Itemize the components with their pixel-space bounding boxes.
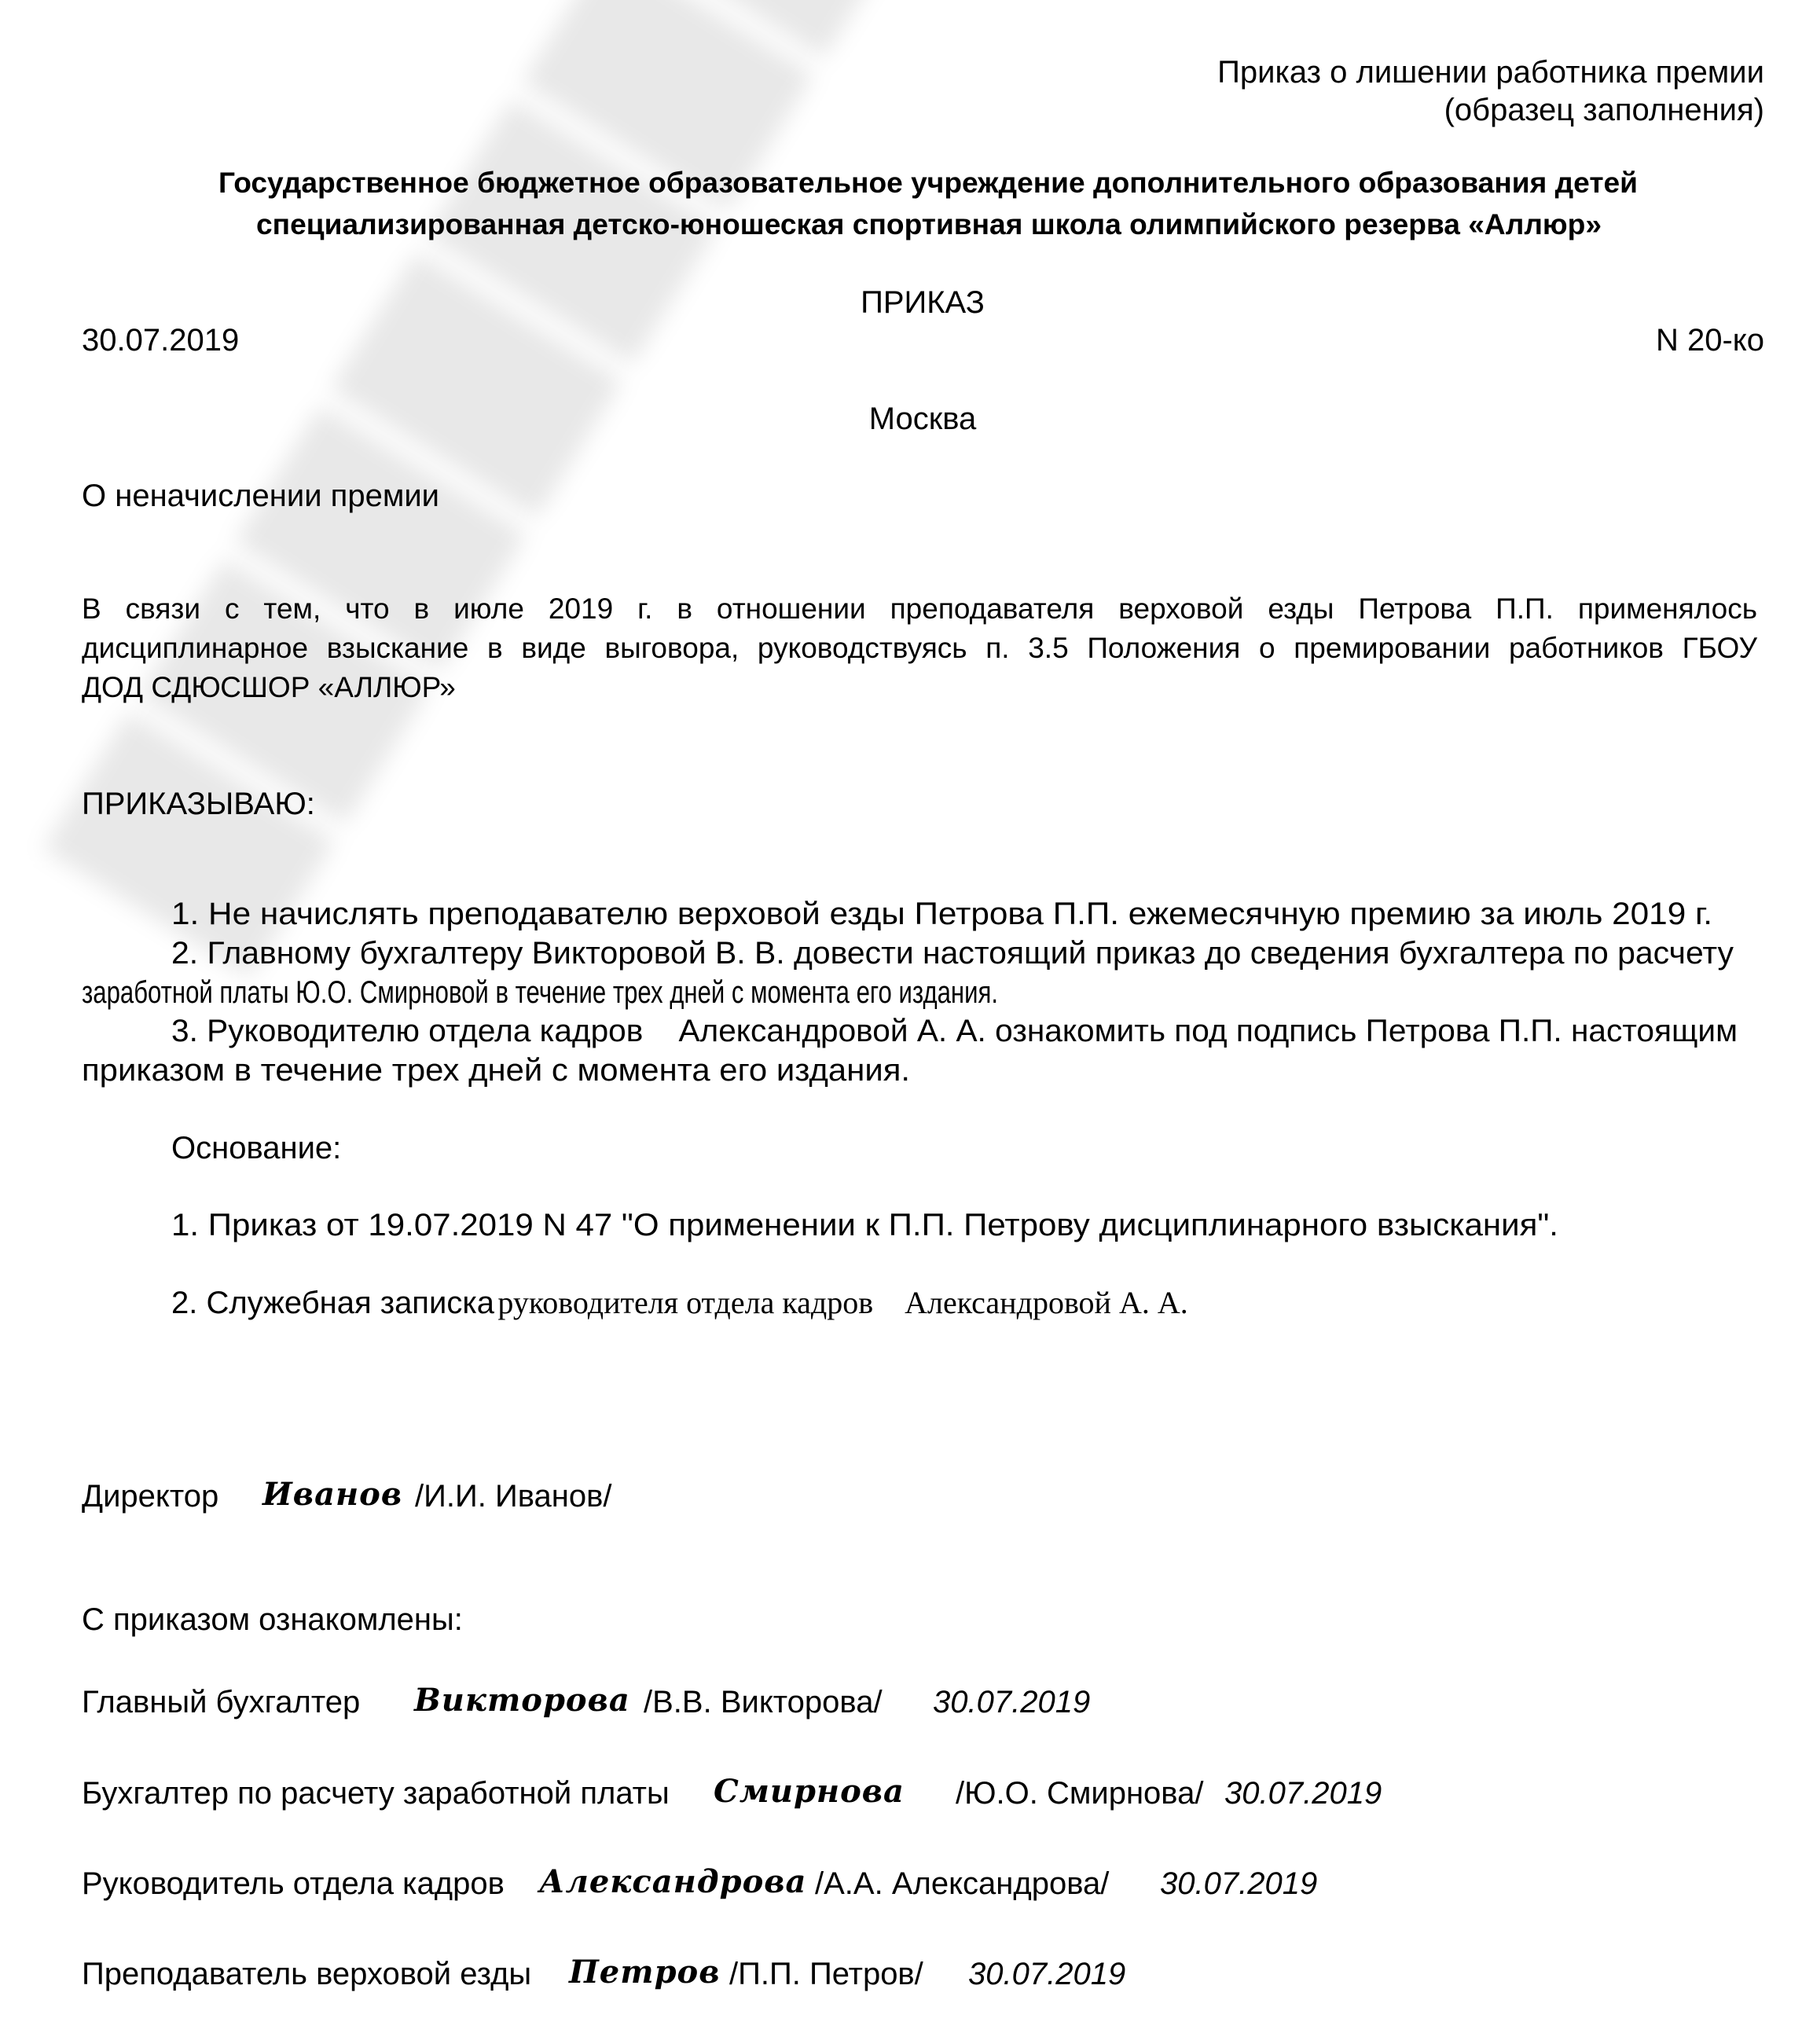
item-1-line1: 1. Не начислять преподавателю верховой е… xyxy=(171,898,1628,930)
directive-heading: ПРИКАЗЫВАЮ: xyxy=(82,788,315,820)
item-1-text: 1. Не начислять преподавателю верховой е… xyxy=(171,898,1712,930)
director-signature: Иванов xyxy=(262,1479,402,1510)
ack-row-4-date: 30.07.2019 xyxy=(968,1958,1125,1990)
item-3-line2: приказом в течение трех дней с момента е… xyxy=(82,1055,873,1086)
ack-row-4-name: /П.П. Петров/ xyxy=(729,1958,923,1990)
ack-row-3-signature: Александрова xyxy=(539,1866,806,1898)
preamble-line3: ДОД СДЮСШОР «АЛЛЮР» xyxy=(82,673,456,702)
ack-row-3-date: 30.07.2019 xyxy=(1160,1868,1317,1899)
basis-item-1: 1. Приказ от 19.07.2019 N 47 "О применен… xyxy=(171,1209,1491,1241)
sample-title-line1: Приказ о лишении работника премии xyxy=(1217,57,1764,88)
order-date: 30.07.2019 xyxy=(82,325,239,356)
organization-line2-text: специализированная детско-юношеская спор… xyxy=(256,210,1602,239)
ack-row-2-date: 30.07.2019 xyxy=(1224,1778,1382,1809)
item-2-text: 2. Главному бухгалтеру Викторовой В. В. … xyxy=(171,938,1734,969)
director-label: Директор xyxy=(82,1481,218,1512)
document-page: ██████████ Приказ о лишении работника пр… xyxy=(0,0,1813,2044)
ack-row-3-position: Руководитель отдела кадров xyxy=(82,1868,505,1899)
order-title: ПРИКАЗ xyxy=(0,287,1813,318)
sample-title-line2: (образец заполнения) xyxy=(1444,94,1764,126)
item-3-text: 3. Руководителю отдела кадров Александро… xyxy=(171,1015,1738,1047)
item-2-line1: 2. Главному бухгалтеру Викторовой В. В. … xyxy=(171,938,1699,969)
basis-item-2-prefix: 2. Служебная записка xyxy=(171,1286,494,1320)
ack-row-1-date: 30.07.2019 xyxy=(933,1686,1090,1718)
item-3-line1: 3. Руководителю отдела кадров Александро… xyxy=(171,1015,1715,1047)
director-name: /И.И. Иванов/ xyxy=(415,1481,611,1512)
ack-row-2-signature: Смирнова xyxy=(714,1776,905,1807)
basis-item-1-text: 1. Приказ от 19.07.2019 N 47 "О применен… xyxy=(171,1209,1558,1241)
ack-row-4-signature: Петров xyxy=(569,1957,720,1988)
preamble-line2: дисциплинарное взыскание в виде выговора… xyxy=(82,633,1757,662)
organization-line1: Государственное бюджетное образовательно… xyxy=(216,168,1635,197)
basis-item-2-suffix: руководителя отдела кадров Александровой… xyxy=(497,1285,1187,1320)
ack-row-1-name: /В.В. Викторова/ xyxy=(644,1686,883,1718)
order-number: N 20-ко xyxy=(1656,325,1764,356)
organization-line1-text: Государственное бюджетное образовательно… xyxy=(218,168,1638,197)
ack-row-3-name: /А.А. Александрова/ xyxy=(815,1868,1109,1899)
item-2-line2: заработной платы Ю.О. Смирновой в течени… xyxy=(82,977,1260,1008)
preamble-line1: В связи с тем, что в июле 2019 г. в отно… xyxy=(82,594,1757,623)
ack-row-4-position: Преподаватель верховой езды xyxy=(82,1958,531,1990)
order-city: Москва xyxy=(0,403,1813,435)
item-3-text-cont: приказом в течение трех дней с момента е… xyxy=(82,1055,910,1086)
organization-line2: специализированная детско-юношеская спор… xyxy=(254,210,1599,239)
ack-row-2-name: /Ю.О. Смирнова/ xyxy=(956,1778,1203,1809)
acknowledged-heading: С приказом ознакомлены: xyxy=(82,1604,463,1635)
basis-item-2: 2. Служебная записка руководителя отдела… xyxy=(171,1287,1188,1319)
ack-row-2-position: Бухгалтер по расчету заработной платы xyxy=(82,1778,670,1809)
basis-heading: Основание: xyxy=(171,1132,341,1164)
ack-row-1-position: Главный бухгалтер xyxy=(82,1686,360,1718)
ack-row-1-signature: Викторова xyxy=(414,1685,630,1716)
item-2-text-cont: заработной платы Ю.О. Смирновой в течени… xyxy=(82,977,998,1008)
order-subject: О неначислении премии xyxy=(82,480,439,512)
